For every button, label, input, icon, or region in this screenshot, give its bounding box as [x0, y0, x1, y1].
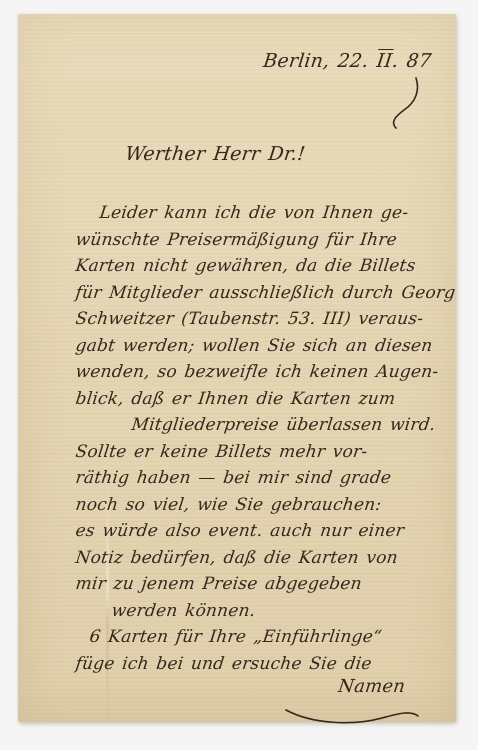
letter-line: füge ich bei und ersuche Sie die — [74, 651, 437, 678]
letter-line: Schweitzer (Taubenstr. 53. III) veraus- — [74, 306, 437, 333]
letter-line: es würde also event. auch nur einer — [74, 518, 437, 545]
catchword-flourish-icon — [282, 702, 422, 728]
letter-line: Sollte er keine Billets mehr vor- — [74, 439, 437, 466]
dateline-city-day: Berlin, 22. — [262, 50, 378, 72]
letter-line: wenden, so bezweifle ich keinen Augen- — [74, 359, 437, 386]
letter-line: Karten nicht gewähren, da die Billets — [74, 253, 437, 280]
date-flourish-icon — [382, 76, 424, 130]
letter-line: 6 Karten für Ihre „Einführlinge“ — [74, 624, 437, 651]
letter-line: für Mitglieder ausschließlich durch Geor… — [74, 280, 437, 307]
letter-line: wünschte Preisermäßigung für Ihre — [74, 227, 437, 254]
letter-line: Notiz bedürfen, daß die Karten von — [74, 545, 437, 572]
dateline-year: . 87 — [391, 50, 433, 72]
letter-line: noch so viel, wie Sie gebrauchen: — [74, 492, 437, 519]
letter-line: räthig haben — bei mir sind grade — [74, 465, 437, 492]
letter-paper: Berlin, 22. II. 87 Werther Herr Dr.! Lei… — [18, 14, 456, 722]
letter-line: mir zu jenem Preise abgegeben — [74, 571, 437, 598]
catchword: Namen — [337, 676, 406, 697]
letter-line: blick, daß er Ihnen die Karten zum — [74, 386, 437, 413]
salutation: Werther Herr Dr.! — [124, 143, 307, 165]
dateline: Berlin, 22. II. 87 — [262, 50, 433, 72]
letter-line: gabt werden; wollen Sie sich an diesen — [74, 333, 437, 360]
letter-line: werden können. — [74, 598, 437, 625]
letter-line: Mitgliederpreise überlassen wird. — [74, 412, 437, 439]
letter-body: Leider kann ich die von Ihnen ge- wünsch… — [74, 200, 434, 677]
letter-line: Leider kann ich die von Ihnen ge- — [74, 200, 437, 227]
